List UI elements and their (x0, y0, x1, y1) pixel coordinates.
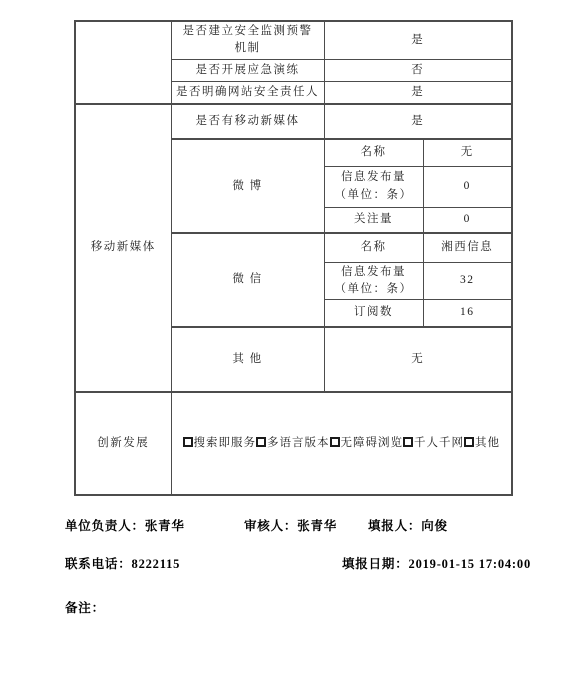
reviewer-name: 张青华 (297, 519, 337, 533)
reviewer-label: 审核人： (244, 519, 297, 533)
question-emergency-drill: 是否开展应急演练 (171, 59, 324, 81)
innovation-option-label: 其他 (475, 437, 500, 449)
filler: 填报人：向俊 (368, 516, 448, 534)
weibo-name-value: 无 (423, 139, 512, 166)
weibo-posts-value: 0 (423, 166, 512, 207)
remarks-label: 备注： (65, 601, 105, 615)
question-security-owner: 是否明确网站安全责任人 (171, 81, 324, 104)
wechat-name-value: 湘西信息 (423, 233, 512, 262)
reviewer: 审核人：张青华 (244, 516, 337, 534)
filler-label: 填报人： (368, 519, 421, 533)
question-has-mobile-media: 是否有移动新媒体 (171, 104, 324, 139)
posts-label-line1: 信息发布量 (328, 264, 420, 281)
phone-value: 8222115 (132, 557, 181, 571)
phone-label: 联系电话： (65, 557, 132, 571)
responsible-label: 单位负责人： (65, 519, 145, 533)
question-line2: 机制 (175, 40, 321, 57)
checkbox-icon[interactable] (330, 437, 340, 447)
weibo-name-label: 名称 (324, 139, 423, 166)
filler-name: 向俊 (421, 519, 448, 533)
answer-security-monitoring: 是 (324, 21, 512, 59)
wechat-posts-label: 信息发布量 （单位：条） (324, 262, 423, 300)
question-line1: 是否建立安全监测预警 (175, 23, 321, 40)
weibo-followers-value: 0 (423, 207, 512, 233)
posts-label-line1: 信息发布量 (328, 169, 420, 186)
innovation-option-label: 无障碍浏览 (341, 437, 404, 449)
innovation-option-label: 千人千网 (414, 437, 464, 449)
checkbox-icon[interactable] (403, 437, 413, 447)
date-label: 填报日期： (342, 557, 409, 571)
weibo-followers-label: 关注量 (324, 207, 423, 233)
wechat-subs-label: 订阅数 (324, 300, 423, 327)
wechat-posts-value: 32 (423, 262, 512, 300)
contact-phone: 联系电话：8222115 (65, 554, 180, 572)
section-label-innovation: 创新发展 (75, 392, 171, 495)
question-security-monitoring: 是否建立安全监测预警 机制 (171, 21, 324, 59)
responsible-person: 单位负责人：张青华 (65, 516, 185, 534)
responsible-name: 张青华 (145, 519, 185, 533)
innovation-option-label: 搜索即服务 (194, 437, 257, 449)
report-table: 是否建立安全监测预警 机制 是 是否开展应急演练 否 是否明确网站安全责任人 是… (74, 20, 513, 496)
answer-security-owner: 是 (324, 81, 512, 104)
report-page: 是否建立安全监测预警 机制 是 是否开展应急演练 否 是否明确网站安全责任人 是… (0, 0, 584, 696)
innovation-option-label: 多语言版本 (267, 437, 330, 449)
wechat-label-cell: 微 信 (171, 233, 324, 327)
answer-has-mobile-media: 是 (324, 104, 512, 139)
posts-label-line2: （单位：条） (328, 281, 420, 298)
weibo-posts-label: 信息发布量 （单位：条） (324, 166, 423, 207)
other-media-label: 其 他 (171, 327, 324, 392)
checkbox-icon[interactable] (464, 437, 474, 447)
innovation-options-cell: 搜索即服务多语言版本无障碍浏览千人千网其他 (171, 392, 512, 495)
other-media-value: 无 (324, 327, 512, 392)
answer-emergency-drill: 否 (324, 59, 512, 81)
section-label-mobile-media: 移动新媒体 (75, 104, 171, 392)
checkbox-icon[interactable] (256, 437, 266, 447)
wechat-name-label: 名称 (324, 233, 423, 262)
innovation-options: 搜索即服务多语言版本无障碍浏览千人千网其他 (183, 437, 501, 449)
wechat-subs-value: 16 (423, 300, 512, 327)
empty-section-label-cell (75, 21, 171, 104)
remarks: 备注： (65, 598, 105, 616)
table-row: 创新发展 搜索即服务多语言版本无障碍浏览千人千网其他 (75, 392, 512, 495)
report-date: 填报日期：2019-01-15 17:04:00 (342, 554, 531, 572)
table-row: 是否建立安全监测预警 机制 是 (75, 21, 512, 59)
posts-label-line2: （单位：条） (328, 187, 420, 204)
table-row: 移动新媒体 是否有移动新媒体 是 (75, 104, 512, 139)
date-value: 2019-01-15 17:04:00 (409, 557, 531, 571)
checkbox-icon[interactable] (183, 437, 193, 447)
weibo-label-cell: 微 博 (171, 139, 324, 233)
